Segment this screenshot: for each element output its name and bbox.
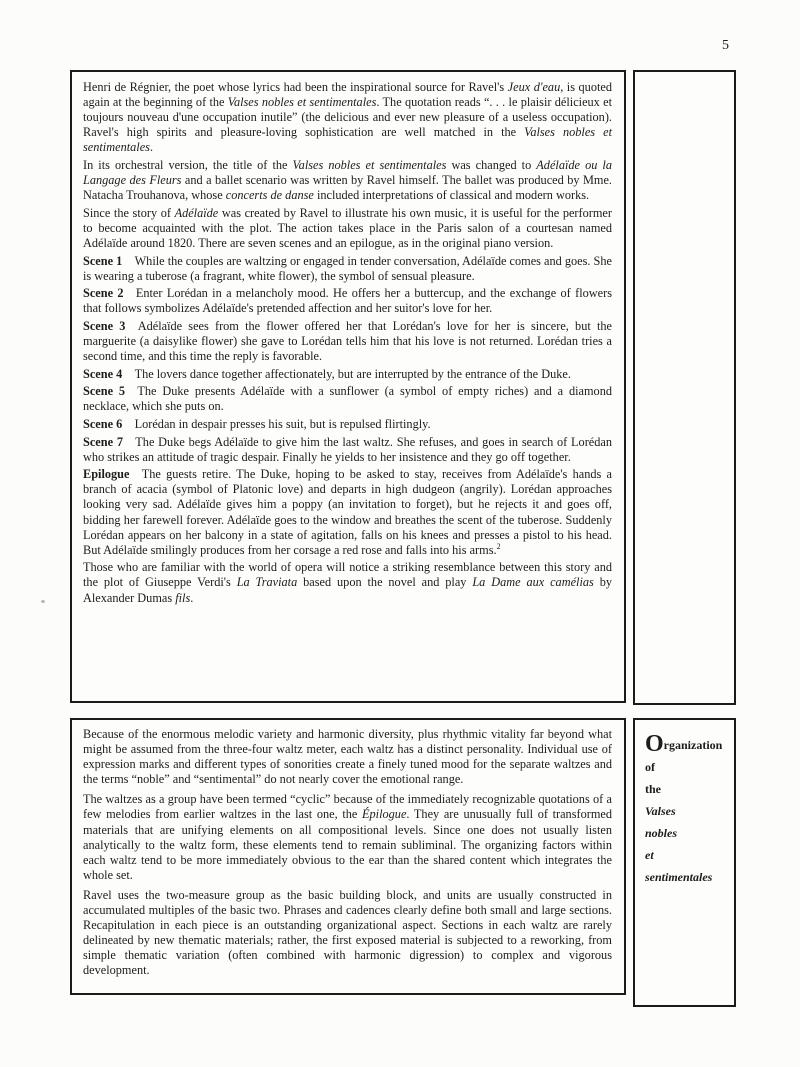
margin-label-line: Valses (645, 800, 730, 822)
paragraph: Since the story of Adélaïde was created … (83, 206, 612, 251)
paragraph: Scene 2 Enter Lorédan in a melancholy mo… (83, 286, 612, 316)
paragraph: Those who are familiar with the world of… (83, 560, 612, 605)
paragraph: Scene 1 While the couples are waltzing o… (83, 254, 612, 284)
paragraph: The waltzes as a group have been termed … (83, 792, 612, 883)
paragraph: Scene 7 The Duke begs Adélaïde to give h… (83, 435, 612, 465)
margin-label-line: sentimentales (645, 866, 730, 888)
paragraph: Because of the enormous melodic variety … (83, 727, 612, 787)
paragraph: Epilogue The guests retire. The Duke, ho… (83, 467, 612, 558)
margin-label-line: the (645, 778, 730, 800)
organization-margin-label: OrganizationoftheValsesnoblesetsentiment… (633, 718, 736, 1007)
paragraph: Ravel uses the two-measure group as the … (83, 888, 612, 979)
margin-label-line: nobles (645, 822, 730, 844)
paragraph: Scene 6 Lorédan in despair presses his s… (83, 417, 612, 432)
empty-margin-box (633, 70, 736, 705)
paragraph: In its orchestral version, the title of … (83, 158, 612, 203)
organization-text-box: Because of the enormous melodic variety … (70, 718, 626, 995)
ballet-story-text-box: Henri de Régnier, the poet whose lyrics … (70, 70, 626, 703)
paragraph: Scene 3 Adélaïde sees from the flower of… (83, 319, 612, 364)
page-number: 5 (722, 38, 729, 54)
paragraph: Scene 5 The Duke presents Adélaïde with … (83, 384, 612, 414)
scan-speck (41, 600, 45, 603)
margin-label-line: Organization (645, 732, 730, 756)
document-page: 5 Henri de Régnier, the poet whose lyric… (0, 0, 800, 1067)
margin-label-line: et (645, 844, 730, 866)
paragraph: Henri de Régnier, the poet whose lyrics … (83, 80, 612, 155)
margin-label-line: of (645, 756, 730, 778)
paragraph: Scene 4 The lovers dance together affect… (83, 367, 612, 382)
